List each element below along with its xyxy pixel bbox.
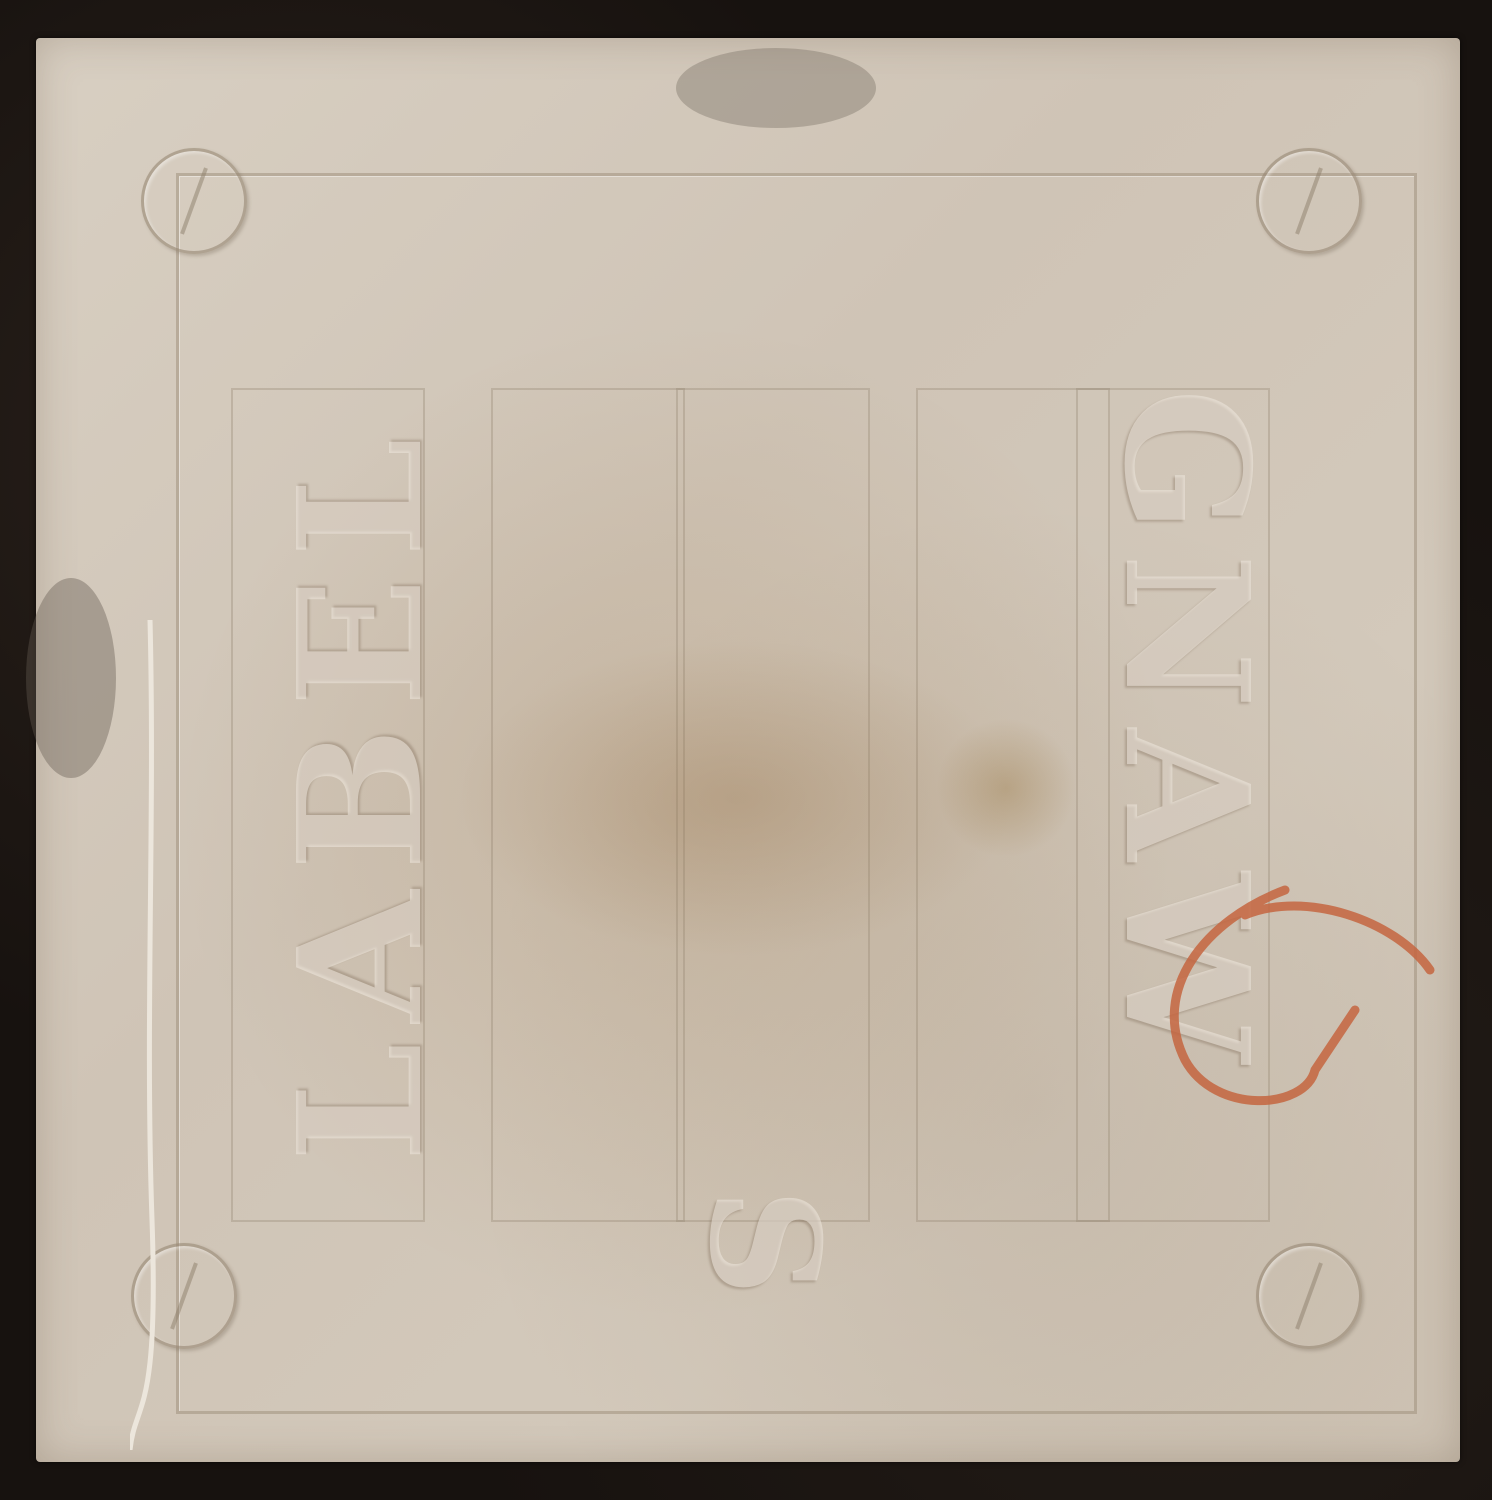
water-stain (26, 578, 116, 778)
corner-circle-icon (1256, 1243, 1362, 1349)
corner-circle-icon (1256, 148, 1362, 254)
string-line (130, 620, 170, 1450)
embossed-text-bottom: S (676, 1188, 852, 1316)
red-crayon-mark-icon (1145, 870, 1435, 1120)
rust-stain (936, 718, 1076, 858)
corner-circle-icon (141, 148, 247, 254)
water-stain (676, 48, 876, 128)
plaster-tile: LABEL GNAW S (36, 38, 1460, 1462)
embossed-text-left: LABEL (261, 418, 461, 1162)
rust-stains (456, 638, 1016, 958)
